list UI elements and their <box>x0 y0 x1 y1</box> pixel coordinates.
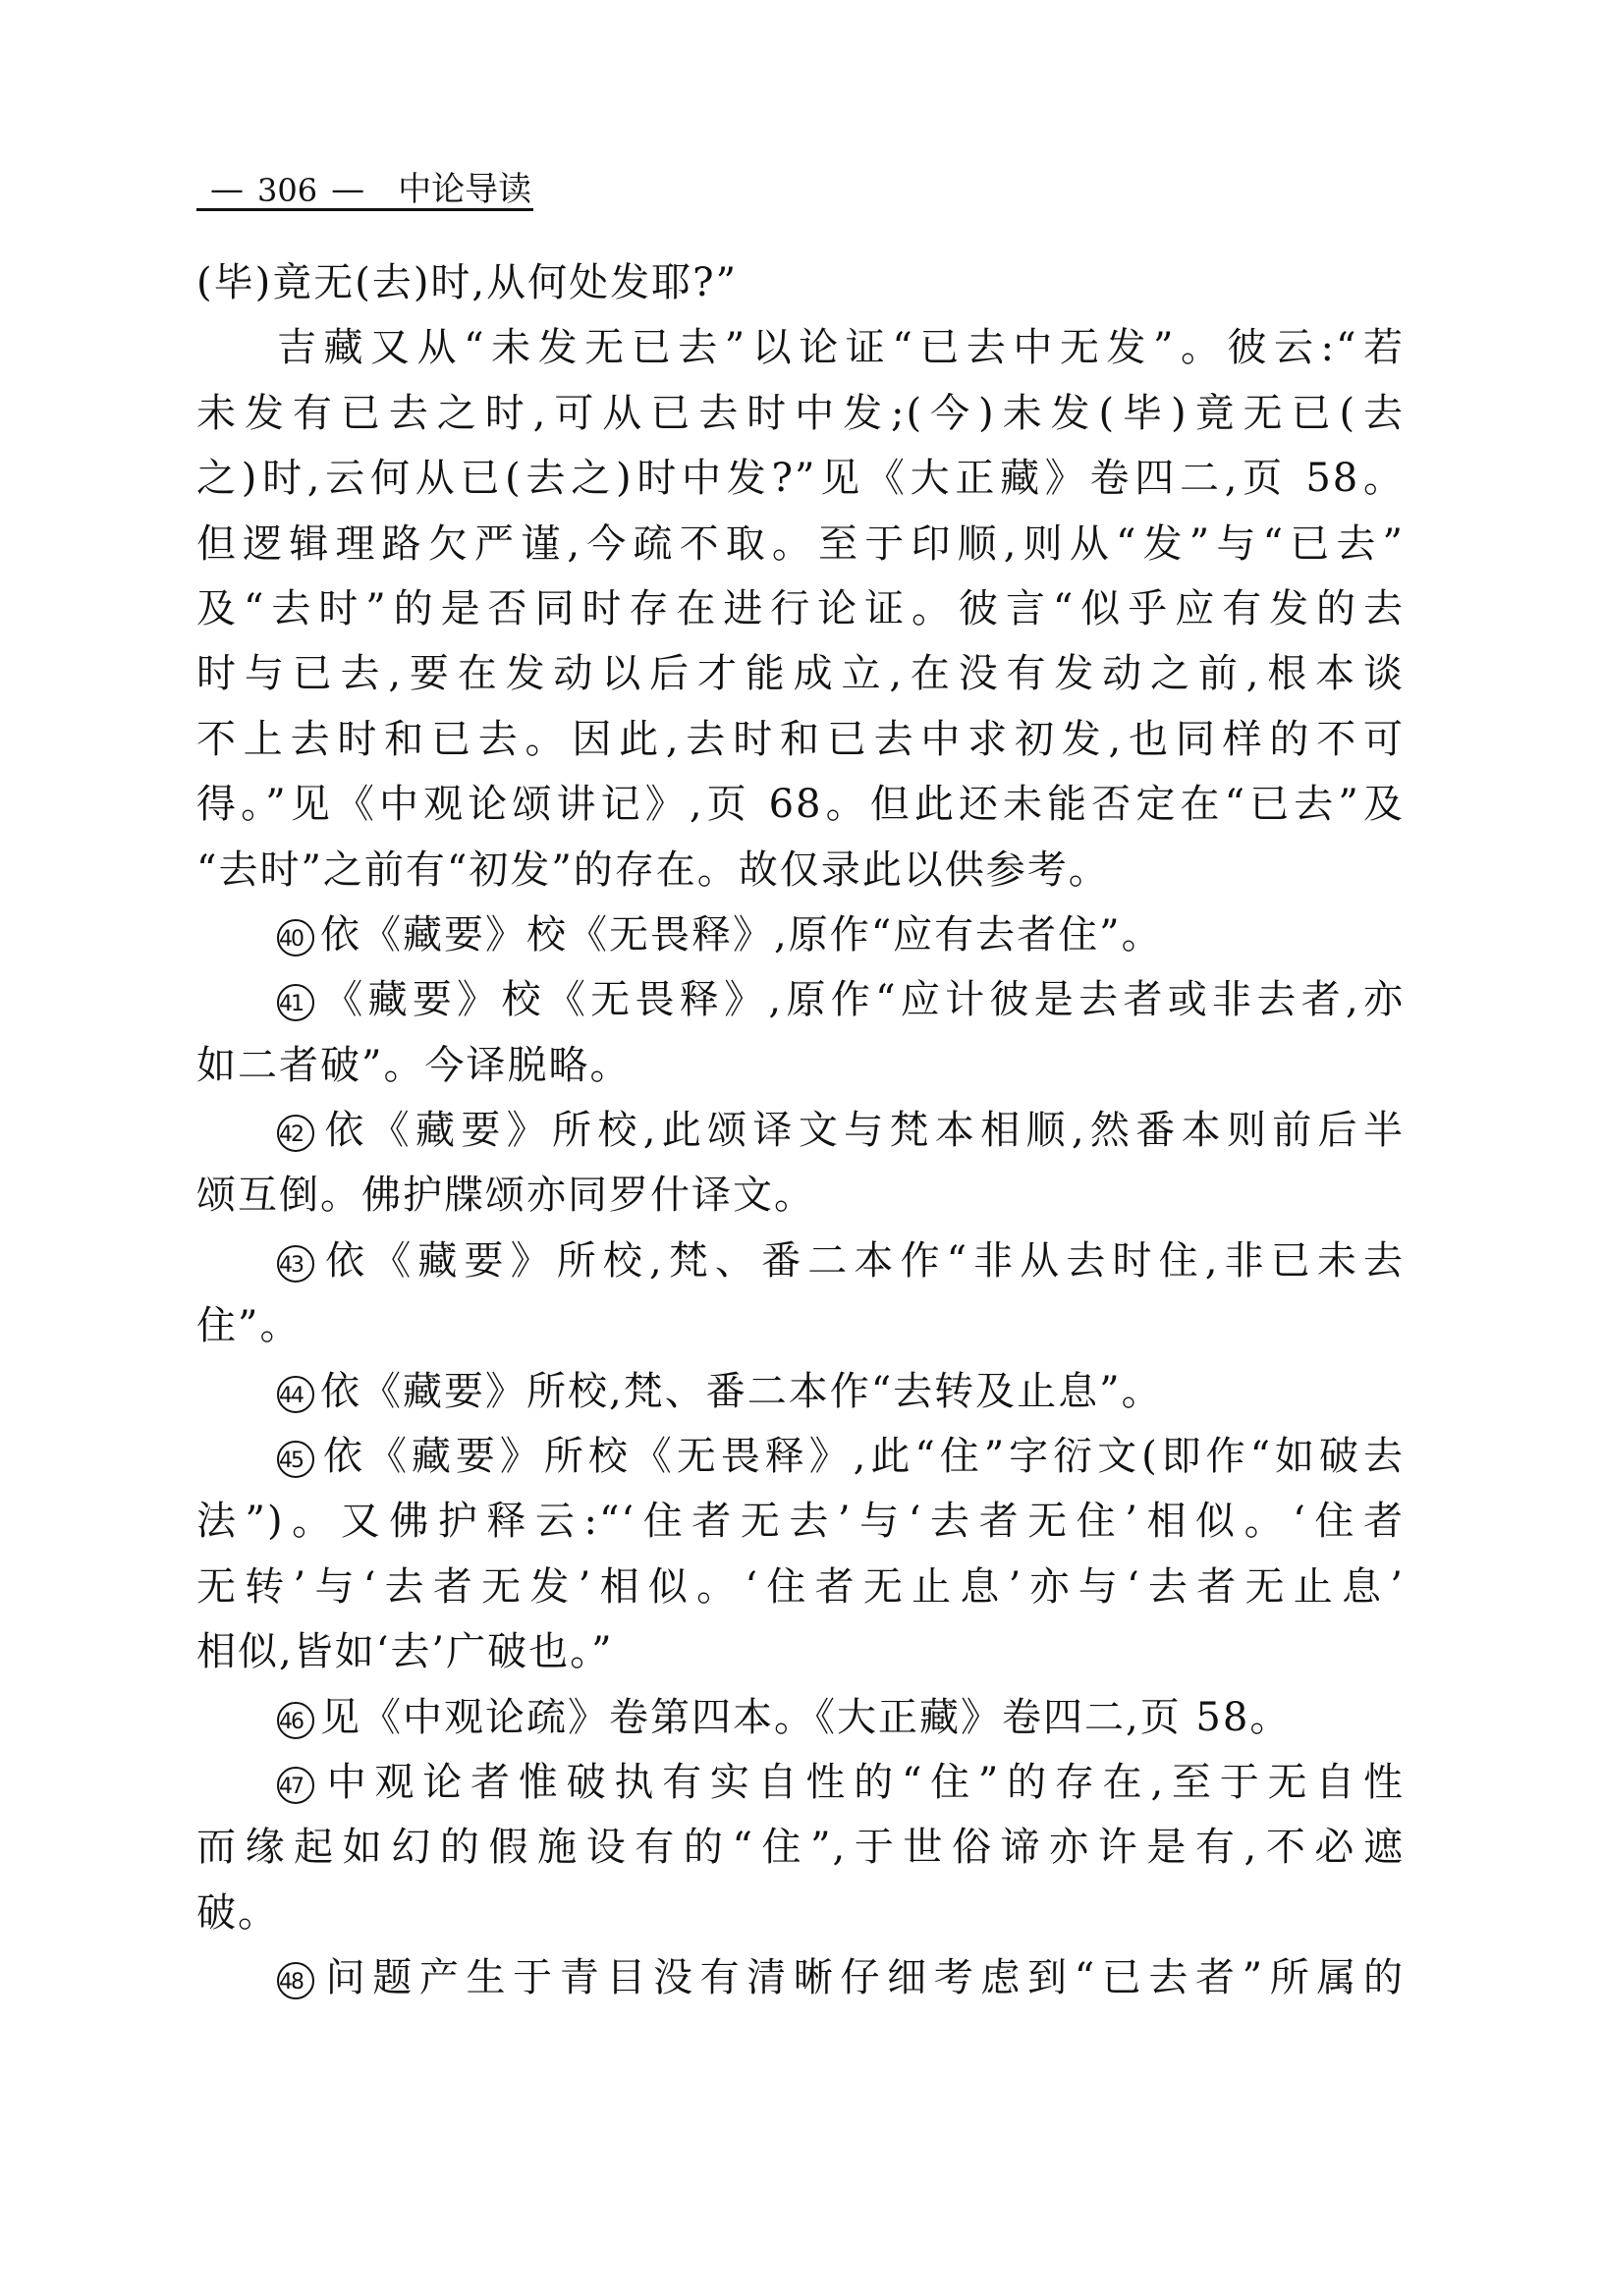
running-header: — 306 — 中论导读 <box>196 157 356 206</box>
footnote-text: 依《藏要》所校,梵、番二本作“非从去时住,非已未去 <box>320 1238 1405 1284</box>
header-rule <box>196 208 533 211</box>
footnote-text: 依《藏要》所校《无畏释》,此“住”字衍文(即作“如破去 <box>320 1434 1405 1479</box>
text-line: 住”。 <box>196 1293 1405 1358</box>
text-line: 如二者破”。今译脱略。 <box>196 1033 1405 1098</box>
book-title: 中论导读 <box>398 173 531 206</box>
text-line: 吉藏又从“未发无已去”以论证“已去中无发”。彼云:“若 <box>196 315 1405 380</box>
footnote-48: 48问题产生于青目没有清晰仔细考虑到“已去者”所属的 <box>196 1945 1405 2010</box>
text-line: 但逻辑理路欠严谨,今疏不取。至于印顺,则从“发”与“已去” <box>196 512 1405 576</box>
footnote-marker: 43 <box>277 1245 314 1283</box>
header-dash-left: — <box>210 173 244 206</box>
footnote-marker: 41 <box>277 984 314 1021</box>
footnote-41: 41《藏要》校《无畏释》,原作“应计彼是去者或非去者,亦 <box>196 967 1405 1032</box>
text-line: 及“去时”的是否同时存在进行论证。彼言“似乎应有发的去 <box>196 576 1405 641</box>
footnote-42: 42依《藏要》所校,此颂译文与梵本相顺,然番本则前后半 <box>196 1098 1405 1163</box>
footnote-marker: 42 <box>277 1115 314 1152</box>
text-line: 之)时,云何从已(去之)时中发?”见《大正藏》卷四二,页 58。 <box>196 446 1405 511</box>
footnote-44: 44依《藏要》所校,梵、番二本作“去转及止息”。 <box>196 1359 1405 1424</box>
text-line: 法”)。又佛护释云:“‘住者无去’与‘去者无住’相似。‘住者 <box>196 1489 1405 1554</box>
text-line: 未发有已去之时,可从已去时中发;(今)未发(毕)竟无已(去 <box>196 381 1405 446</box>
footnote-text: 《藏要》校《无畏释》,原作“应计彼是去者或非去者,亦 <box>320 977 1405 1022</box>
footnote-text: 依《藏要》所校,梵、番二本作“去转及止息”。 <box>320 1369 1163 1414</box>
page-body: (毕)竟无(去)时,从何处发耶?” 吉藏又从“未发无已去”以论证“已去中无发”。… <box>196 250 1405 2011</box>
text-line: 颂互倒。佛护牒颂亦同罗什译文。 <box>196 1163 1405 1228</box>
footnote-marker: 48 <box>277 1962 314 1999</box>
footnote-43: 43依《藏要》所校,梵、番二本作“非从去时住,非已未去 <box>196 1229 1405 1293</box>
footnote-40: 40依《藏要》校《无畏释》,原作“应有去者住”。 <box>196 902 1405 967</box>
footnote-marker: 47 <box>277 1767 314 1804</box>
footnote-marker: 45 <box>277 1441 314 1478</box>
text-line: 破。 <box>196 1881 1405 1945</box>
text-line: “去时”之前有“初发”的存在。故仅录此以供参考。 <box>196 838 1405 902</box>
footnote-text: 依《藏要》校《无畏释》,原作“应有去者住”。 <box>320 912 1163 957</box>
footnote-text: 中观论者惟破执有实自性的“住”的存在,至于无自性 <box>320 1760 1405 1805</box>
header-dash-right: — <box>331 173 364 206</box>
text-line: 不上去时和已去。因此,去时和已去中求初发,也同样的不可 <box>196 707 1405 772</box>
footnote-marker: 46 <box>277 1702 314 1739</box>
footnote-47: 47中观论者惟破执有实自性的“住”的存在,至于无自性 <box>196 1750 1405 1815</box>
text-line: 无转’与‘去者无发’相似。‘住者无止息’亦与‘去者无止息’ <box>196 1555 1405 1619</box>
footnote-46: 46见《中观论疏》卷第四本。《大正藏》卷四二,页 58。 <box>196 1685 1405 1750</box>
text-line: (毕)竟无(去)时,从何处发耶?” <box>196 250 1405 315</box>
text-line: 得。”见《中观论颂讲记》,页 68。但此还未能否定在“已去”及 <box>196 772 1405 837</box>
footnote-marker: 40 <box>277 919 314 957</box>
footnote-text: 问题产生于青目没有清晰仔细考虑到“已去者”所属的 <box>320 1955 1405 2000</box>
text-line: 时与已去,要在发动以后才能成立,在没有发动之前,根本谈 <box>196 641 1405 706</box>
footnote-45: 45依《藏要》所校《无畏释》,此“住”字衍文(即作“如破去 <box>196 1424 1405 1489</box>
footnote-marker: 44 <box>277 1376 314 1413</box>
text-line: 而缘起如幻的假施设有的“住”,于世俗谛亦许是有,不必遮 <box>196 1815 1405 1880</box>
footnote-text: 依《藏要》所校,此颂译文与梵本相顺,然番本则前后半 <box>320 1108 1405 1153</box>
text-line: 相似,皆如‘去’广破也。” <box>196 1619 1405 1684</box>
page-number: 306 <box>257 175 317 206</box>
footnote-text: 见《中观论疏》卷第四本。《大正藏》卷四二,页 58。 <box>320 1695 1291 1740</box>
